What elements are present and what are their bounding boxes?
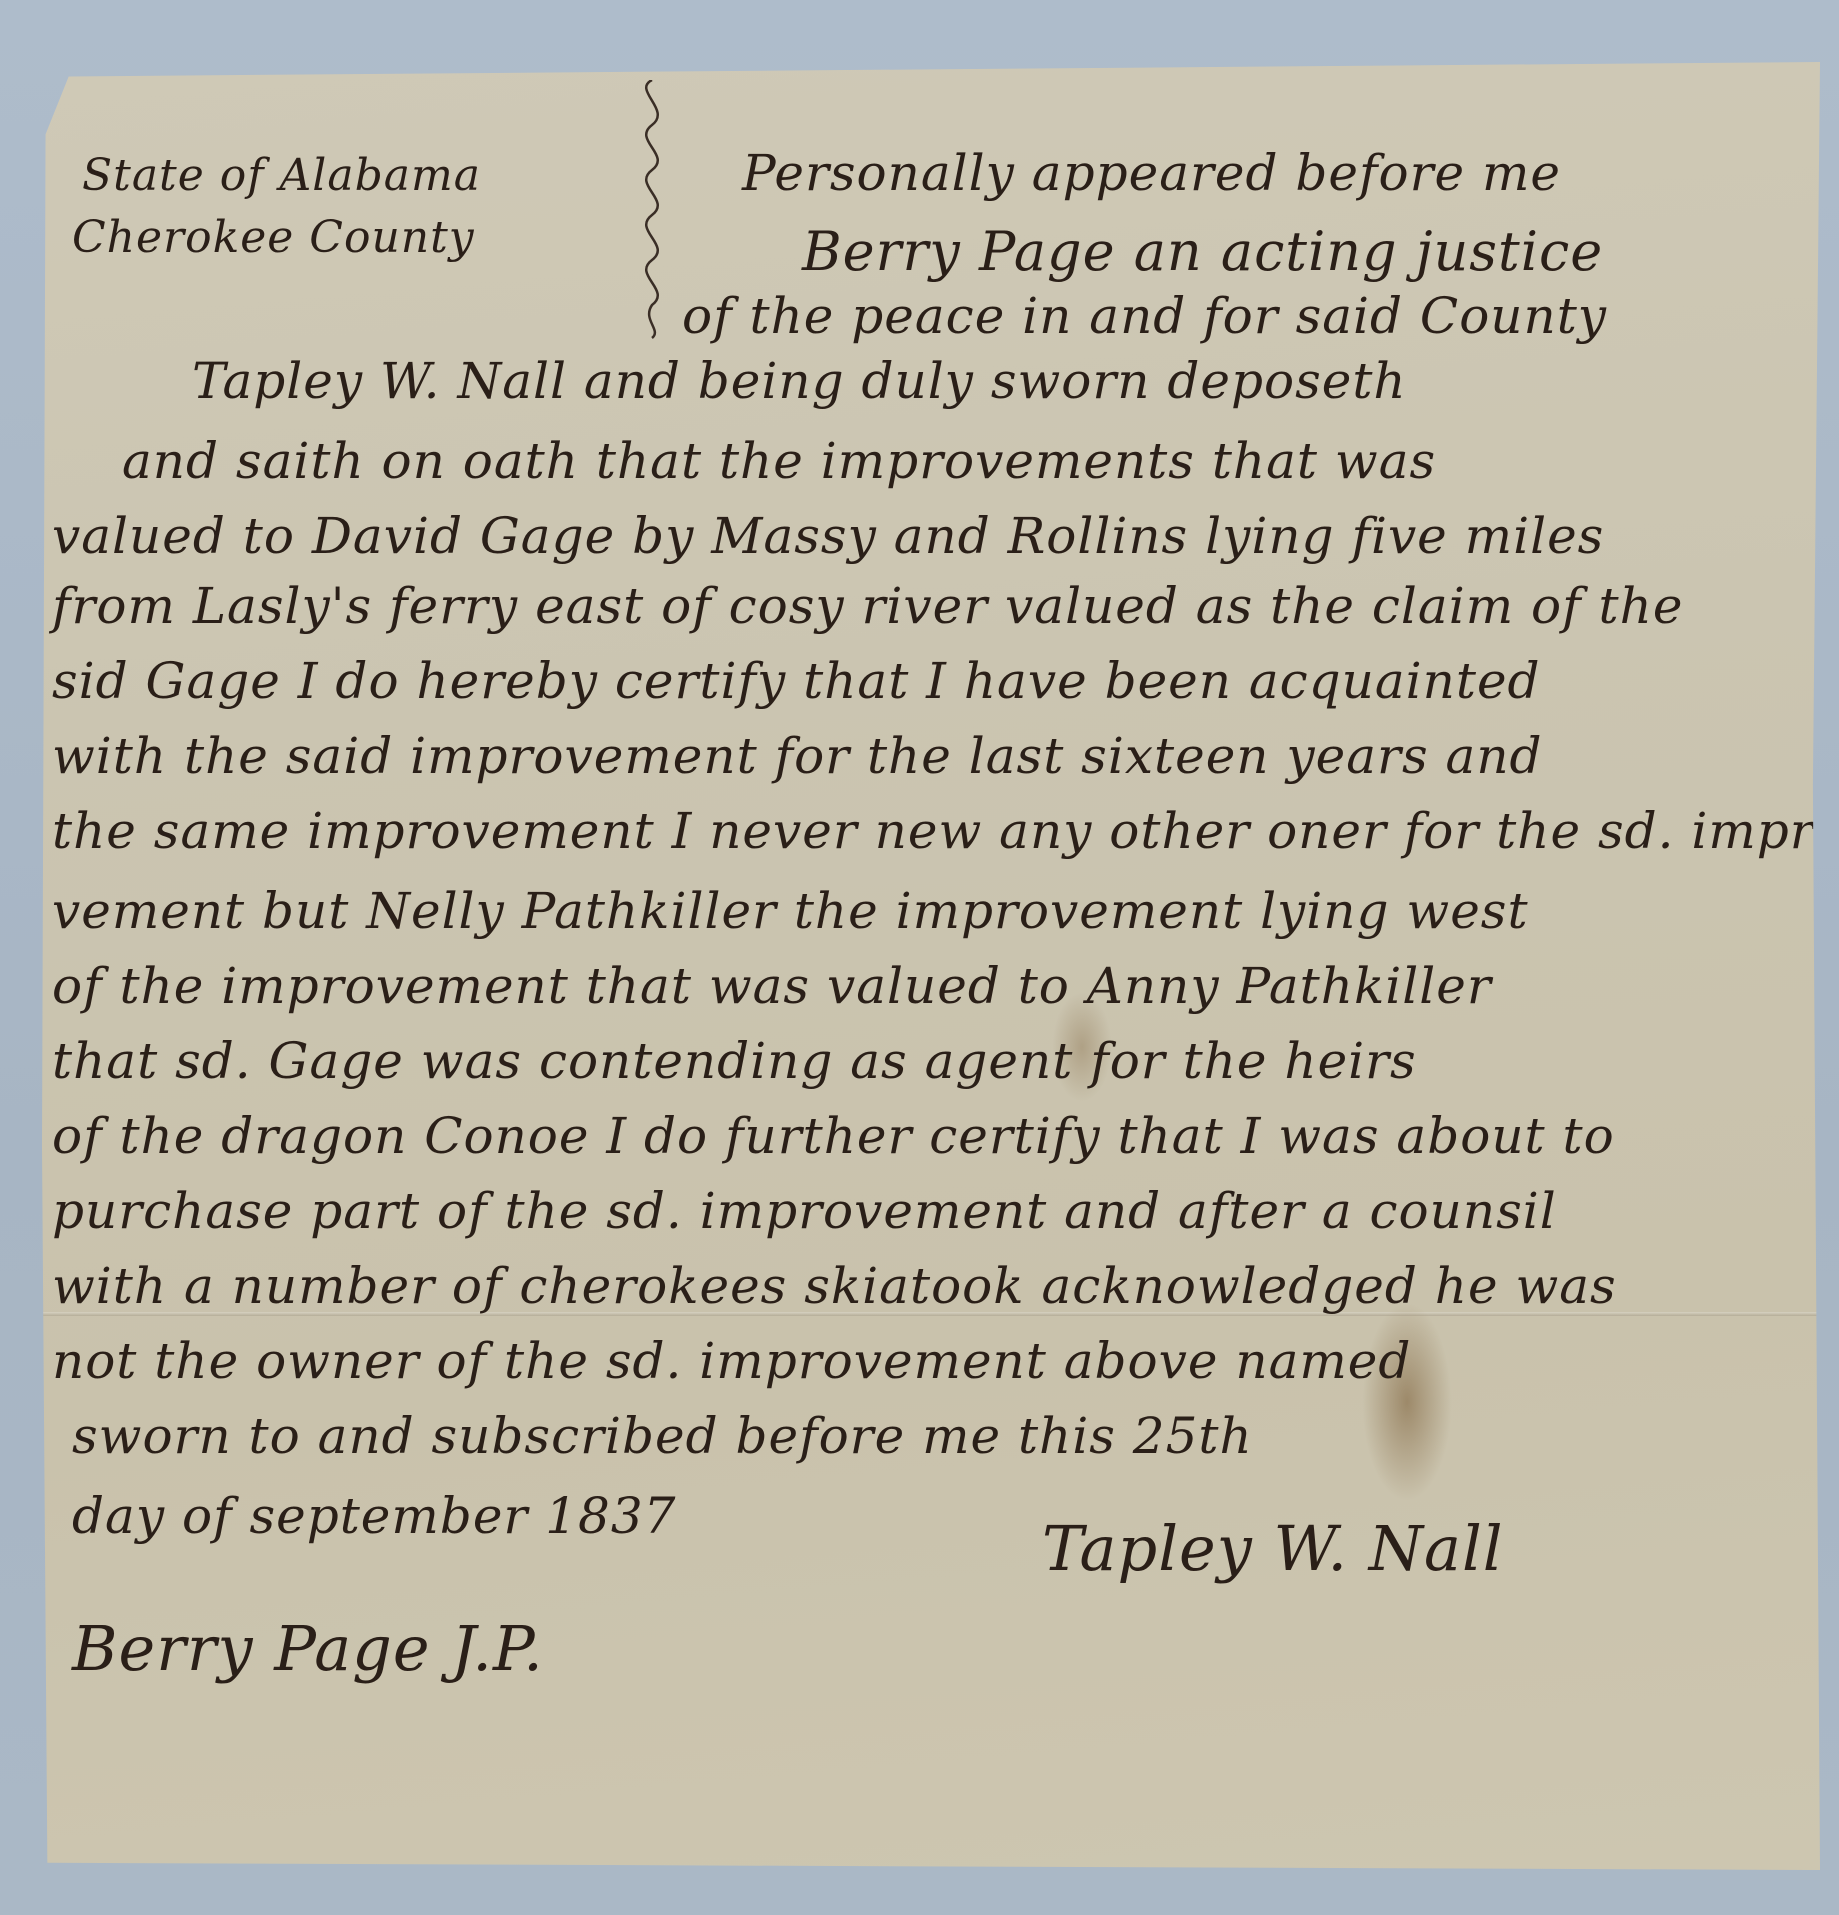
preamble-line-1: Personally appeared before me: [742, 144, 1561, 202]
body-line-12: purchase part of the sd. improvement and…: [52, 1182, 1557, 1240]
document-paper: State of Alabama Cherokee County Persona…: [42, 62, 1820, 1870]
body-line-10: that sd. Gage was contending as agent fo…: [52, 1032, 1417, 1090]
body-line-1: Tapley W. Nall and being duly sworn depo…: [192, 352, 1407, 410]
body-line-14: not the owner of the sd. improvement abo…: [52, 1332, 1411, 1390]
jurat-line-2: day of september 1837: [72, 1487, 676, 1545]
jurat-line-1: sworn to and subscribed before me this 2…: [72, 1407, 1253, 1465]
body-line-9: of the improvement that was valued to An…: [52, 957, 1492, 1015]
preamble-line-2: Berry Page an acting justice: [802, 220, 1603, 283]
body-line-6: with the said improvement for the last s…: [52, 727, 1543, 785]
justice-signature: Berry Page J.P.: [72, 1612, 544, 1685]
venue-county: Cherokee County: [72, 212, 475, 263]
body-line-13: with a number of cherokees skiatook ackn…: [52, 1257, 1617, 1315]
body-line-2: and saith on oath that the improvements …: [122, 432, 1436, 490]
brace-squiggle: [622, 80, 682, 340]
preamble-line-3: of the peace in and for said County: [682, 287, 1607, 345]
body-line-11: of the dragon Conoe I do further certify…: [52, 1107, 1615, 1165]
venue-state: State of Alabama: [82, 150, 481, 201]
deponent-signature: Tapley W. Nall: [1042, 1512, 1504, 1585]
body-line-5: sid Gage I do hereby certify that I have…: [52, 652, 1541, 710]
body-line-7: the same improvement I never new any oth…: [52, 802, 1839, 860]
body-line-3: valued to David Gage by Massy and Rollin…: [52, 507, 1604, 565]
body-line-4: from Lasly's ferry east of cosy river va…: [52, 577, 1683, 635]
body-line-8: vement but Nelly Pathkiller the improvem…: [52, 882, 1529, 940]
